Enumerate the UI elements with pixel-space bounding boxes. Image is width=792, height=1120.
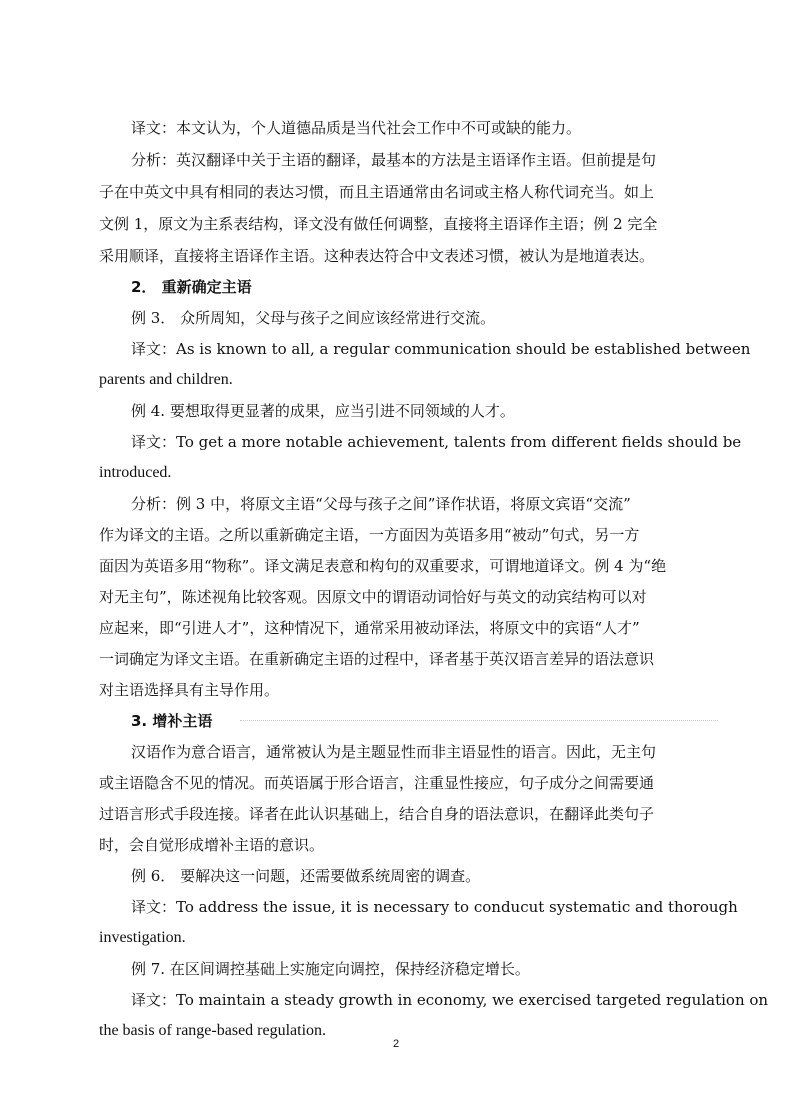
text-line: investigation. <box>99 928 186 948</box>
text-line: 一词确定为译文主语。在重新确定主语的过程中，译者基于英汉语言差异的语法意识 <box>99 649 654 669</box>
text-line: 或主语隐含不见的情况。而英语属于形合语言，注重显性接应，句子成分之间需要通 <box>99 773 654 793</box>
text-line: 例 7. 在区间调控基础上实施定向调控，保持经济稳定增长。 <box>131 959 530 979</box>
text-line: 分析：例 3 中，将原文主语“父母与孩子之间”译作状语，将原文宾语“交流” <box>131 494 631 514</box>
document-page: 2 译文：本文认为，个人道德品质是当代社会工作中不可或缺的能力。分析：英汉翻译中… <box>0 0 792 1120</box>
text-line: 例 4. 要想取得更显著的成果，应当引进不同领域的人才。 <box>131 401 515 421</box>
text-line: 应起来，即“引进人才”，这种情况下，通常采用被动译法，将原文中的宾语“人才” <box>99 618 640 638</box>
text-line: 例 6． 要解决这一问题，还需要做系统周密的调查。 <box>131 866 480 886</box>
dotted-divider <box>240 720 718 721</box>
text-line: the basis of range-based regulation. <box>99 1021 326 1041</box>
text-line: 过语言形式手段连接。译者在此认识基础上，结合自身的语法意识，在翻译此类句子 <box>99 804 654 824</box>
section-heading: 3. 增补主语 <box>131 711 212 731</box>
text-line: 分析：英汉翻译中关于主语的翻译，最基本的方法是主语译作主语。但前提是句 <box>131 150 656 170</box>
text-line: 汉语作为意合语言，通常被认为是主题显性而非主语显性的语言。因此，无主句 <box>131 742 656 762</box>
text-line: 采用顺译，直接将主语译作主语。这种表达符合中文表述习惯，被认为是地道表达。 <box>99 246 654 266</box>
text-line: 译文：To get a more notable achievement, ta… <box>131 432 741 452</box>
text-line: 译文：To maintain a steady growth in econom… <box>131 990 768 1010</box>
text-line: 例 3． 众所周知，父母与孩子之间应该经常进行交流。 <box>131 308 495 328</box>
text-line: 对主语选择具有主导作用。 <box>99 680 279 700</box>
text-line: 文例 1，原文为主系表结构，译文没有做任何调整，直接将主语译作主语；例 2 完全 <box>99 214 657 234</box>
text-line: 译文：To address the issue, it is necessary… <box>131 897 738 917</box>
text-line: 对无主句”，陈述视角比较客观。因原文中的谓语动词恰好与英文的动宾结构可以对 <box>99 587 647 607</box>
text-line: 子在中英文中具有相同的表达习惯，而且主语通常由名词或主格人称代词充当。如上 <box>99 182 654 202</box>
text-line: 作为译文的主语。之所以重新确定主语，一方面因为英语多用“被动”句式，另一方 <box>99 525 639 545</box>
text-line: introduced. <box>99 463 171 483</box>
text-line: 时，会自觉形成增补主语的意识。 <box>99 835 324 855</box>
text-line: parents and children. <box>99 370 233 390</box>
text-line: 译文：本文认为，个人道德品质是当代社会工作中不可或缺的能力。 <box>131 118 581 138</box>
text-line: 译文：As is known to all, a regular communi… <box>131 339 750 359</box>
text-line: 面因为英语多用“物称”。译文满足表意和构句的双重要求，可谓地道译文。例 4 为“… <box>99 556 666 576</box>
section-heading: 2． 重新确定主语 <box>131 277 252 297</box>
